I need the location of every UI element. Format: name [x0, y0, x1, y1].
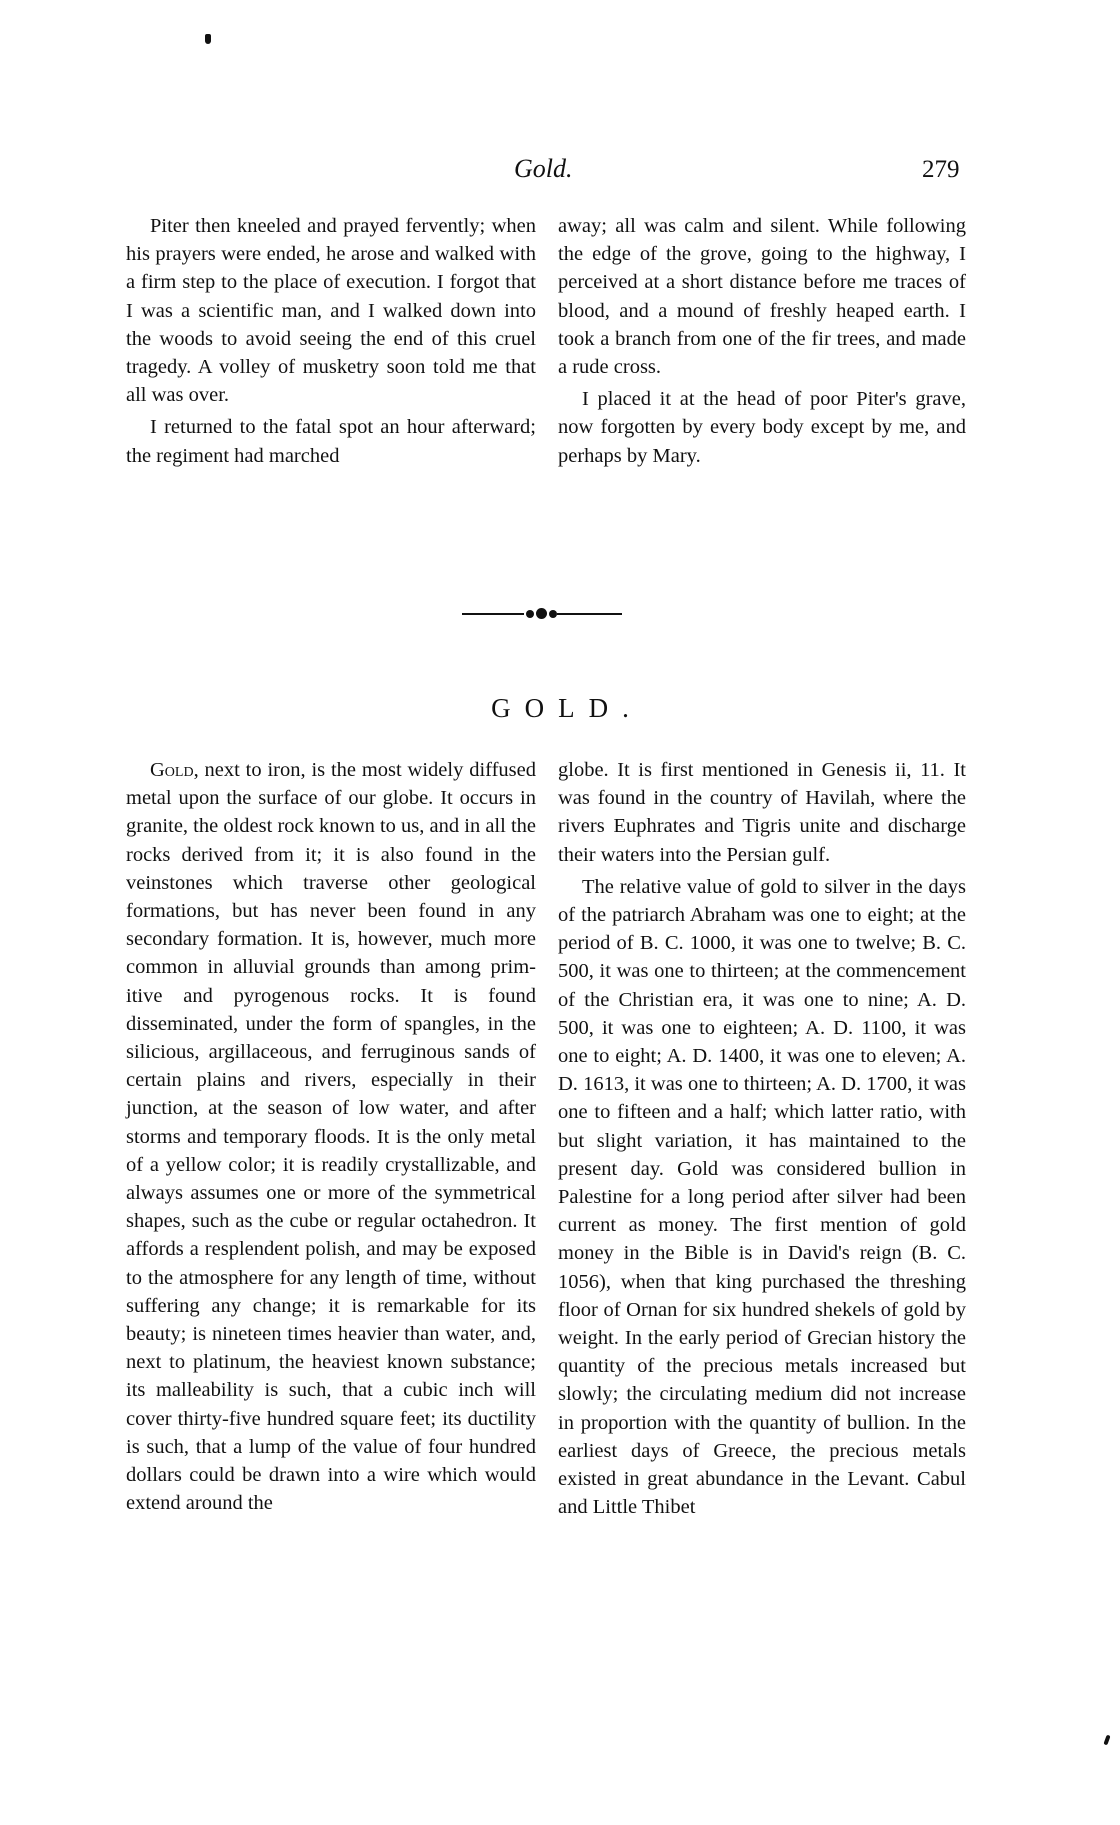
- paragraph: Gold, next to iron, is the most wide­ly …: [126, 756, 536, 1517]
- page-number: 279: [922, 156, 960, 184]
- lead-word: Gold: [150, 759, 194, 781]
- paragraph-text: , next to iron, is the most wide­ly diff…: [126, 759, 536, 1514]
- paragraph: I placed it at the head of poor Piter's …: [558, 385, 966, 470]
- running-head: Gold. 279: [0, 154, 1120, 194]
- paragraph: The relative value of gold to silver in …: [558, 873, 966, 1522]
- divider-dot: [536, 608, 547, 619]
- divider-line: [462, 613, 524, 615]
- ink-speck: [1103, 1735, 1110, 1746]
- divider-dot: [549, 610, 557, 618]
- article-left-column: Gold, next to iron, is the most wide­ly …: [126, 756, 536, 1525]
- section-divider-ornament: [462, 604, 622, 624]
- paragraph: Piter then kneeled and prayed fer­vently…: [126, 212, 536, 409]
- previous-article-left-column: Piter then kneeled and prayed fer­vently…: [126, 212, 536, 474]
- divider-dot: [526, 610, 534, 618]
- article-title: GOLD.: [0, 693, 1120, 724]
- paragraph: globe. It is first mentioned in Genesis …: [558, 756, 966, 869]
- article-right-column: globe. It is first mentioned in Genesis …: [558, 756, 966, 1525]
- paragraph: away; all was calm and silent. While fol…: [558, 212, 966, 381]
- running-title: Gold.: [514, 154, 573, 184]
- article-columns: Gold, next to iron, is the most wide­ly …: [126, 756, 966, 1525]
- divider-line: [557, 613, 622, 615]
- previous-article-right-column: away; all was calm and silent. While fol…: [558, 212, 966, 474]
- previous-article-columns: Piter then kneeled and prayed fer­vently…: [126, 212, 966, 474]
- ink-speck: [205, 34, 211, 44]
- paragraph: I returned to the fatal spot an hour aft…: [126, 413, 536, 469]
